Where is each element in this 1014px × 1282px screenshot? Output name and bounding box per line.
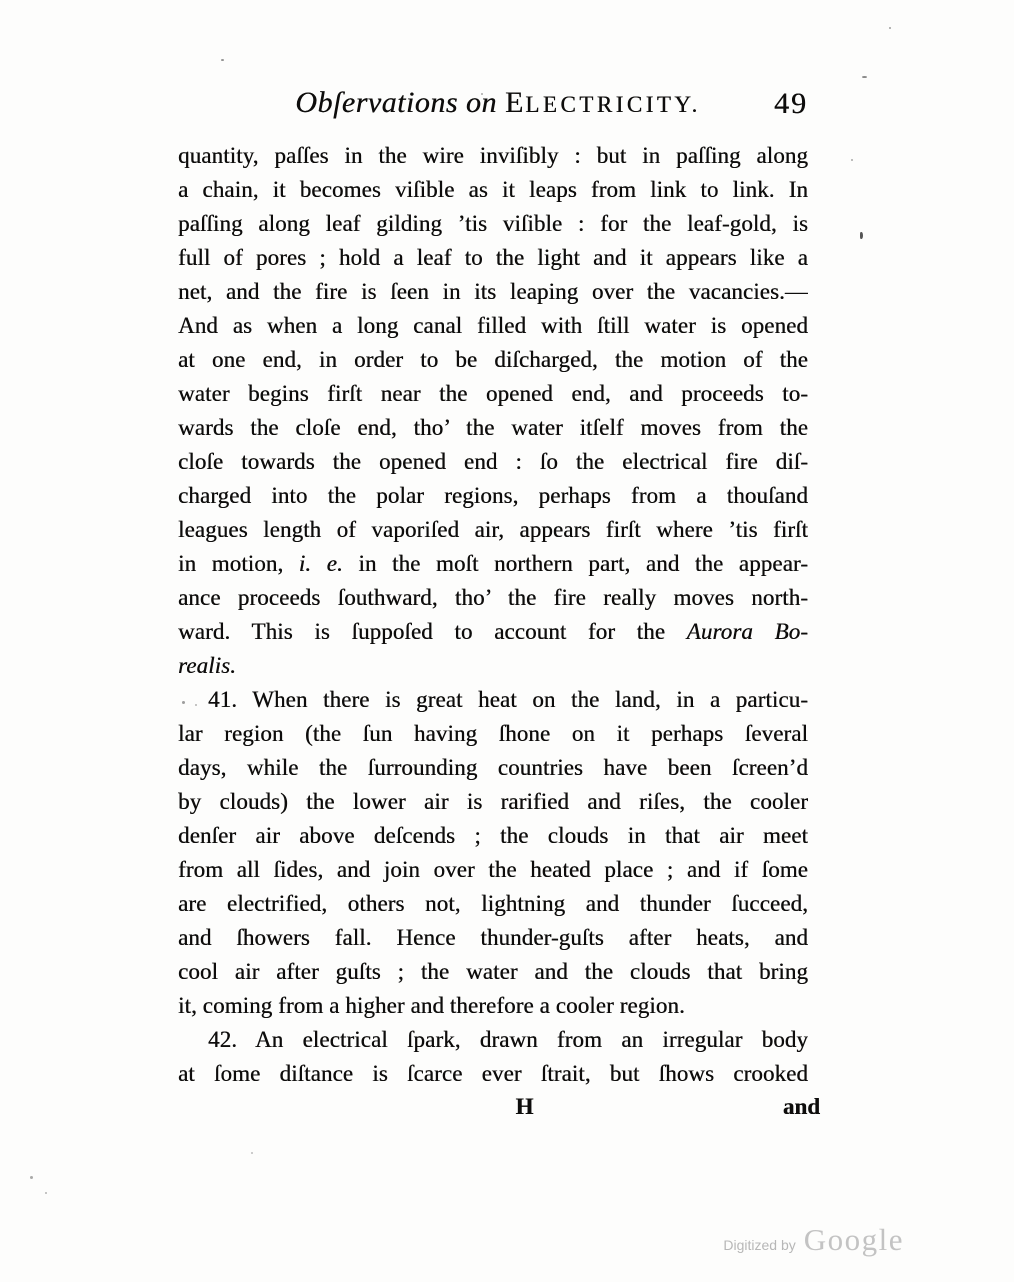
text-line: it, coming from a higher and therefore a… [178,989,808,1023]
body-text: water begins firſt near the opened end, … [178,381,808,406]
italic-text: i. e. [299,551,343,576]
text-line: 41. When there is great heat on the land… [178,683,808,717]
body-text: cool air after guſts ; the water and the… [178,959,808,984]
text-line: And as when a long canal filled with ſti… [178,309,808,343]
scan-speck [862,76,867,78]
text-line: 42. An electrical ſpark, drawn from an i… [178,1023,808,1057]
italic-text: Aurora Bo- [687,619,808,644]
body-text: at ſome diſtance is ſcarce ever ſtrait, … [178,1061,808,1086]
body-text: full of pores ; hold a leaf to the light… [178,245,808,270]
scan-speck [182,701,185,704]
text-line: cool air after guſts ; the water and the… [178,955,808,989]
page-number: 49 [774,84,808,124]
body-text: ance proceeds ſouthward, tho’ the fire r… [178,585,808,610]
body-text: leagues length of vaporiſed air, appears… [178,517,808,542]
scan-speck [221,59,224,61]
text-line: charged into the polar regions, perhaps … [178,479,808,513]
signature-row: H and [178,1090,820,1124]
scan-speck [45,1192,47,1194]
scan-speck [860,232,863,239]
scan-speck [251,1152,253,1154]
scan-speck [30,1176,33,1179]
running-title-italic: Obſervations on [295,86,505,119]
running-title-caps-initial: E [505,86,525,119]
body-text: cloſe towards the opened end : ſo the el… [178,449,808,474]
text-line: realis. [178,649,808,683]
body-text: lar region (the ſun having ſhone on it p… [178,721,808,746]
text-line: cloſe towards the opened end : ſo the el… [178,445,808,479]
body-text: charged into the polar regions, perhaps … [178,483,808,508]
body-text: And as when a long canal filled with ſti… [178,313,808,338]
scan-speck [851,159,853,161]
body-text: by clouds) the lower air is rarified and… [178,789,808,814]
text-line: denſer air above deſcends ; the clouds i… [178,819,808,853]
catchword: and [783,1090,820,1124]
running-title: Obſervations on ELECTRICITY. [178,83,818,125]
text-line: in motion, i. e. in the moſt northern pa… [178,547,808,581]
digitized-by-label: Digitized by [723,1237,795,1253]
text-line: are electrified, others not, lightning a… [178,887,808,921]
body-text: from all ſides, and join over the heated… [178,857,808,882]
signature-mark: H [204,1090,846,1124]
body-text: days, while the ſurrounding countries ha… [178,755,808,780]
text-block: quantity, paſſes in the wire inviſibly :… [178,139,808,1091]
body-text: in the moſt northern part, and the appea… [343,551,808,576]
body-text: and ſhowers fall. Hence thunder-guſts af… [178,925,808,950]
running-title-caps-rest: LECTRICITY. [525,92,700,117]
text-line: paſſing along leaf gilding ’tis viſible … [178,207,808,241]
text-line: full of pores ; hold a leaf to the light… [178,241,808,275]
body-text: paſſing along leaf gilding ’tis viſible … [178,211,808,236]
google-watermark: Digitized by Google [723,1222,904,1258]
text-line: quantity, paſſes in the wire inviſibly :… [178,139,808,173]
text-line: from all ſides, and join over the heated… [178,853,808,887]
body-text: 42. An electrical ſpark, drawn from an i… [208,1027,808,1052]
scan-speck [481,93,483,95]
text-line: ance proceeds ſouthward, tho’ the fire r… [178,581,808,615]
book-page: Obſervations on ELECTRICITY. 49 quantity… [0,0,1014,1282]
text-line: at one end, in order to be diſcharged, t… [178,343,808,377]
body-text: a chain, it becomes viſible as it leaps … [178,177,808,202]
page-header: Obſervations on ELECTRICITY. 49 [178,83,818,125]
text-line: ward. This is ſuppoſed to account for th… [178,615,808,649]
body-text: quantity, paſſes in the wire inviſibly :… [178,143,808,168]
scan-speck [889,27,891,29]
body-text: at one end, in order to be diſcharged, t… [178,347,808,372]
text-line: lar region (the ſun having ſhone on it p… [178,717,808,751]
body-text: 41. When there is great heat on the land… [208,687,808,712]
text-line: wards the cloſe end, tho’ the water itſe… [178,411,808,445]
text-line: water begins firſt near the opened end, … [178,377,808,411]
text-line: a chain, it becomes viſible as it leaps … [178,173,808,207]
body-text: it, coming from a higher and therefore a… [178,993,685,1018]
text-line: days, while the ſurrounding countries ha… [178,751,808,785]
text-line: by clouds) the lower air is rarified and… [178,785,808,819]
text-line: net, and the fire is ſeen in its leaping… [178,275,808,309]
text-line: at ſome diſtance is ſcarce ever ſtrait, … [178,1057,808,1091]
scan-speck [195,704,197,706]
body-text: wards the cloſe end, tho’ the water itſe… [178,415,808,440]
body-text: denſer air above deſcends ; the clouds i… [178,823,808,848]
google-logo: Google [804,1222,904,1258]
italic-text: realis. [178,653,236,678]
body-text: net, and the fire is ſeen in its leaping… [178,279,808,304]
body-text: ward. This is ſuppoſed to account for th… [178,619,687,644]
body-text: are electrified, others not, lightning a… [178,891,808,916]
text-line: leagues length of vaporiſed air, appears… [178,513,808,547]
text-line: and ſhowers fall. Hence thunder-guſts af… [178,921,808,955]
body-text: in motion, [178,551,299,576]
